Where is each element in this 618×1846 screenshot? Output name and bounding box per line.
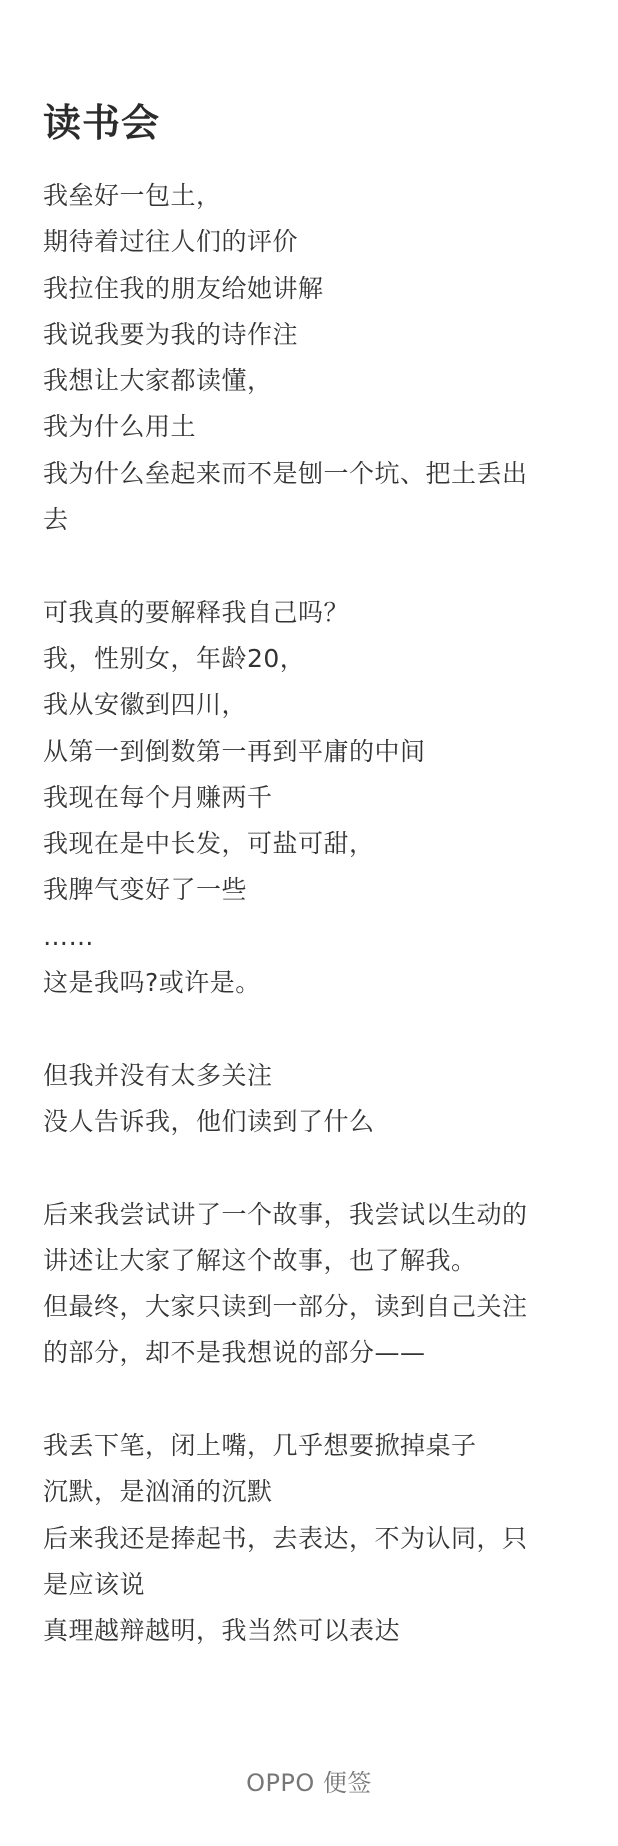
note-line: 的部分，却不是我想说的部分—— [43,1330,583,1376]
note-line: 去 [43,497,583,543]
note-line: 我，性别女，年龄20， [43,636,583,682]
note-line: 但我并没有太多关注 [43,1053,583,1099]
note-line: 我脾气变好了一些 [43,867,583,913]
note-content: 读书会 我垒好一包土， 期待着过往人们的评价 我拉住我的朋友给她讲解 我说我要为… [43,98,583,1655]
note-line: 没人告诉我，他们读到了什么 [43,1099,583,1145]
note-line: 但最终，大家只读到一部分，读到自己关注 [43,1284,583,1330]
note-line: 我想让大家都读懂， [43,358,583,404]
note-line: 这是我吗?或许是。 [43,960,583,1006]
note-line: …… [43,914,583,960]
blank-line [43,1006,583,1052]
note-line: 我现在每个月赚两千 [43,775,583,821]
note-body: 我垒好一包土， 期待着过往人们的评价 我拉住我的朋友给她讲解 我说我要为我的诗作… [43,173,583,1655]
note-line: 我拉住我的朋友给她讲解 [43,266,583,312]
note-line: 后来我还是捧起书，去表达，不为认同，只 [43,1516,583,1562]
note-line: 我现在是中长发，可盐可甜， [43,821,583,867]
note-line: 我从安徽到四川， [43,682,583,728]
note-line: 是应该说 [43,1562,583,1608]
note-line: 讲述让大家了解这个故事，也了解我。 [43,1238,583,1284]
note-line: 我垒好一包土， [43,173,583,219]
note-line: 我为什么垒起来而不是刨一个坑、把土丢出 [43,451,583,497]
blank-line [43,1377,583,1423]
note-line: 我丢下笔，闭上嘴，几乎想要掀掉桌子 [43,1423,583,1469]
note-line: 沉默，是汹涌的沉默 [43,1469,583,1515]
note-line: 后来我尝试讲了一个故事，我尝试以生动的 [43,1192,583,1238]
note-line: 真理越辩越明，我当然可以表达 [43,1608,583,1654]
note-line: 我为什么用土 [43,404,583,450]
note-line: 期待着过往人们的评价 [43,219,583,265]
note-title: 读书会 [43,98,583,148]
blank-line [43,543,583,589]
app-watermark: OPPO 便签 [0,1763,618,1798]
note-line: 可我真的要解释我自己吗？ [43,590,583,636]
blank-line [43,1145,583,1191]
note-line: 我说我要为我的诗作注 [43,312,583,358]
note-line: 从第一到倒数第一再到平庸的中间 [43,729,583,775]
